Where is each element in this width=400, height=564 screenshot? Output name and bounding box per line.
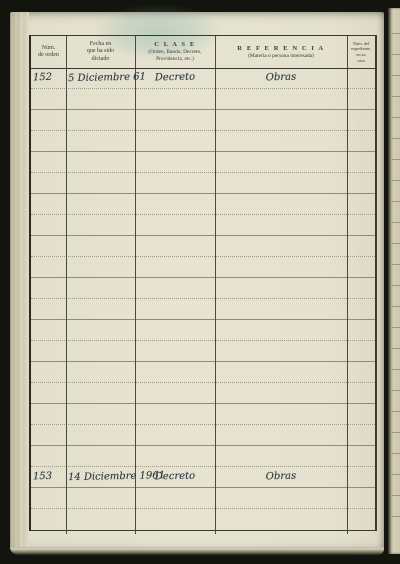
column-header-text: Providencia, etc.) [156,56,194,63]
column-header-text: de orden [38,52,59,60]
column-header-expediente: Núm. delexpediente,en sucaso [347,36,375,68]
column-header-text: (Materia o persona interesada) [248,53,314,60]
ledger-row [31,320,375,341]
column-header-text: dictado [92,56,110,64]
ledger-row [31,299,375,320]
page-stack-edge [10,12,29,553]
column-header-clase: C L A S E(Orden, Bando, Decreto,Providen… [135,36,215,68]
ledger-page: Núm.de ordenFecha enque ha sidodictadoC … [10,12,384,553]
column-header-text: Fecha en [90,41,112,49]
facing-page-edge [388,8,400,554]
column-header-text: R E F E R E N C I A [237,45,324,53]
column-header-fecha: Fecha enque ha sidodictado [66,36,135,68]
ledger-row [31,446,375,467]
column-divider-line [347,36,348,534]
page-bottom-edge [10,547,384,555]
handwritten-order-number: 153 [33,471,63,483]
handwritten-class: Decreto [135,71,215,84]
ledger-row [31,509,375,530]
ledger-row [31,236,375,257]
handwritten-order-number: 152 [33,72,63,84]
scanned-ledger-photo: Núm.de ordenFecha enque ha sidodictadoC … [0,0,400,564]
ledger-row [31,488,375,509]
ledger-row [31,110,375,131]
facing-page-ruling [392,33,400,533]
ledger-row [31,152,375,173]
handwritten-class: Decreto [135,470,215,483]
ledger-row [31,383,375,404]
ledger-row [31,278,375,299]
ledger-row [31,173,375,194]
ledger-row [31,89,375,110]
ledger-row [31,215,375,236]
column-header-text: que ha sido [87,48,114,56]
table-header-row: Núm.de ordenFecha enque ha sidodictadoC … [31,36,375,69]
column-header-text: Núm. [42,45,56,53]
column-divider-line [135,36,136,534]
registry-table: Núm.de ordenFecha enque ha sidodictadoC … [29,35,377,531]
ledger-row [31,404,375,425]
table-grid [31,68,375,530]
ledger-row [31,257,375,278]
column-divider-line [66,36,67,534]
column-divider-line [215,36,216,534]
column-header-text: caso [357,58,365,64]
ledger-row [31,341,375,362]
column-header-referencia: R E F E R E N C I A(Materia o persona in… [215,36,347,68]
column-header-num: Núm.de orden [31,36,66,68]
ledger-row [31,425,375,446]
ledger-row [31,362,375,383]
ledger-row [31,194,375,215]
ledger-row [31,131,375,152]
